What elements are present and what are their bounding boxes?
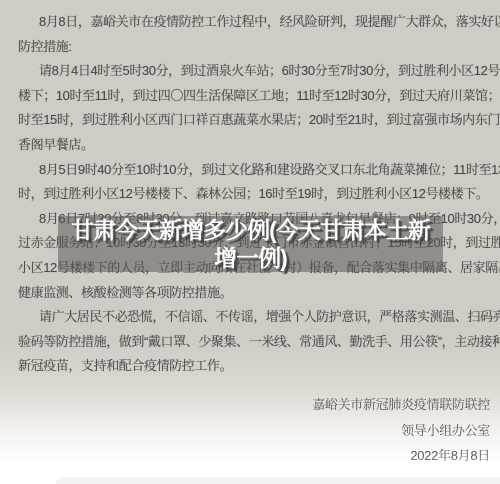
next-card-top-edge <box>55 477 500 484</box>
document-line: 8月5日9时40分至10时10分，到过文化路和建设路交叉口东北角蔬菜摊位；11时… <box>18 158 487 183</box>
document-line: 验码等防控措施，做到“戴口罩、少聚集、一米线、常通风、勤洗手、用公筷”，主动接种 <box>18 330 487 355</box>
overlay-title-line-2: 增一例) <box>58 244 443 272</box>
signature-line: 领导小组办公室 <box>312 418 490 444</box>
document-line: 时，到过胜利小区12号楼楼下、森林公园；16时至19时，到过胜利小区12号楼楼下… <box>18 182 487 207</box>
document-line: 请广大居民不必恐慌，不信谣、不传谣，增强个人防护意识，严格落实测温、扫码亮码 <box>18 305 487 330</box>
document-line: 楼下；10时至11时，到过四〇四生活保障区工地；11时至12时30分，到过天府川… <box>18 84 487 109</box>
date-fade-patch <box>360 457 500 479</box>
document-line: 8月8日，嘉峪关市在疫情防控工作过程中，经风险研判，现提醒广大群众，落实好以下 <box>18 10 487 35</box>
document-line: 请8月4日4时至5时30分，到过酒泉火车站；6时30分至7时30分，到过胜利小区… <box>18 59 487 84</box>
document-line: 香阁早餐店。 <box>18 133 487 158</box>
signature-line: 嘉峪关市新冠肺炎疫情联防联控 <box>312 392 490 418</box>
overlay-title-line-1: 甘肃今天新增多少例(今天甘肃本土新 <box>58 216 443 244</box>
document-line: 时至15时，到过胜利小区西门口祥百惠蔬菜水果店；20时至21时，到过富强市场内东… <box>18 108 487 133</box>
document-line: 健康监测、核酸检测等各项防控措施。 <box>18 281 487 306</box>
document-line: 防控措施: <box>18 35 487 60</box>
article-page: 8月8日，嘉峪关市在疫情防控工作过程中，经风险研判，现提醒广大群众，落实好以下防… <box>0 0 500 484</box>
notice-body: 8月8日，嘉峪关市在疫情防控工作过程中，经风险研判，现提醒广大群众，落实好以下防… <box>18 10 487 379</box>
document-line: 新冠疫苗，支持和配合疫情防控工作。 <box>18 354 487 379</box>
title-overlay-band: 甘肃今天新增多少例(今天甘肃本土新 增一例) <box>58 216 443 272</box>
